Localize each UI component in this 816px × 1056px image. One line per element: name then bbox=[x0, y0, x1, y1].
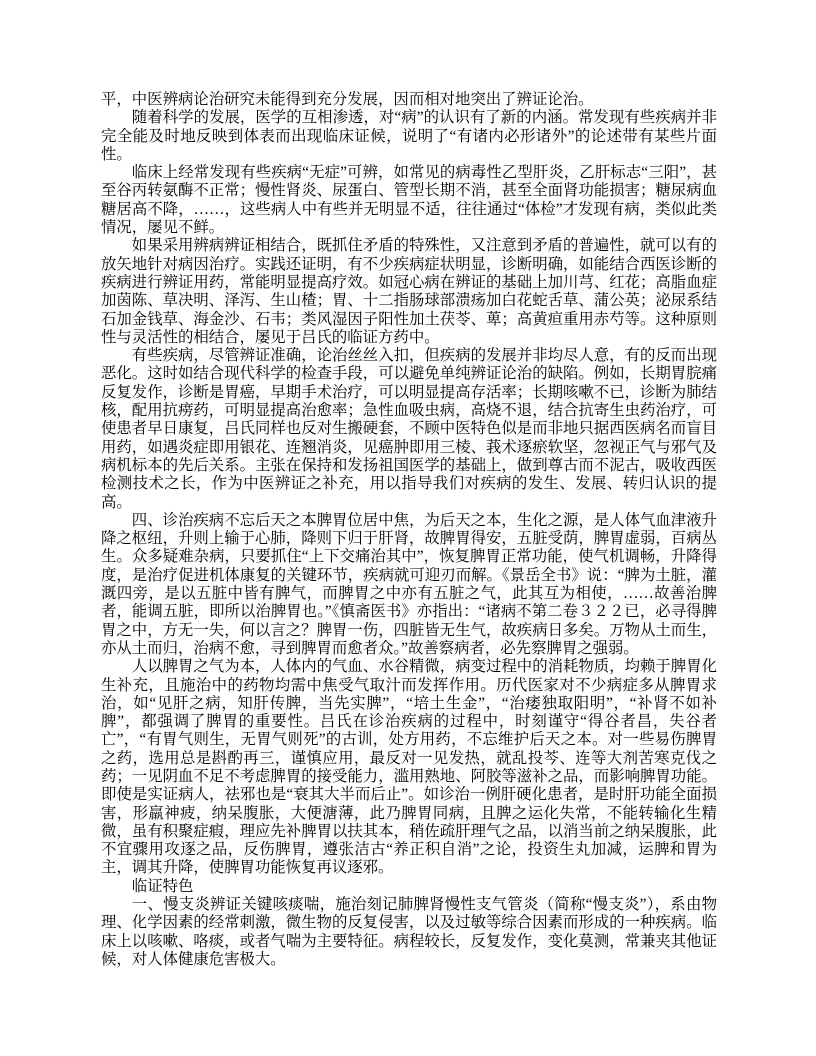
paragraph: 临床上经常发现有些疾病“无症”可辨，如常见的病毒性乙型肝炎，乙肝标志“三阳”，甚… bbox=[101, 164, 717, 237]
paragraph: 有些疾病，尽管辨证准确，论治丝丝入扣，但疾病的发展并非均尽人意，有的反而出现恶化… bbox=[101, 347, 717, 512]
paragraph: 如果采用辨病辨证相结合，既抓住矛盾的特殊性，又注意到矛盾的普遍性，就可以有的放矢… bbox=[101, 237, 717, 347]
paragraph: 四、诊治疾病不忘后天之本脾胃位居中焦，为后天之本，生化之源，是人体气血津液升降之… bbox=[101, 512, 717, 658]
paragraph: 随着科学的发展，医学的互相渗透，对“病”的认识有了新的内涵。常发现有些疾病并非完… bbox=[101, 109, 717, 164]
paragraph: 平，中医辨病论治研究未能得到充分发展，因而相对地突出了辨证论治。 bbox=[101, 91, 717, 109]
paragraph: 一、慢支炎辨证关键咳痰喘，施治刻记肺脾肾慢性支气管炎（简称“慢支炎”），系由物理… bbox=[101, 896, 717, 969]
document-page: 平，中医辨病论治研究未能得到充分发展，因而相对地突出了辨证论治。随着科学的发展，… bbox=[0, 0, 816, 1056]
paragraph: 人以脾胃之气为本，人体内的气血、水谷精微，病变过程中的消耗物质，均赖于脾胃化生补… bbox=[101, 658, 717, 878]
paragraph: 临证特色 bbox=[101, 878, 717, 896]
document-body: 平，中医辨病论治研究未能得到充分发展，因而相对地突出了辨证论治。随着科学的发展，… bbox=[101, 91, 717, 969]
